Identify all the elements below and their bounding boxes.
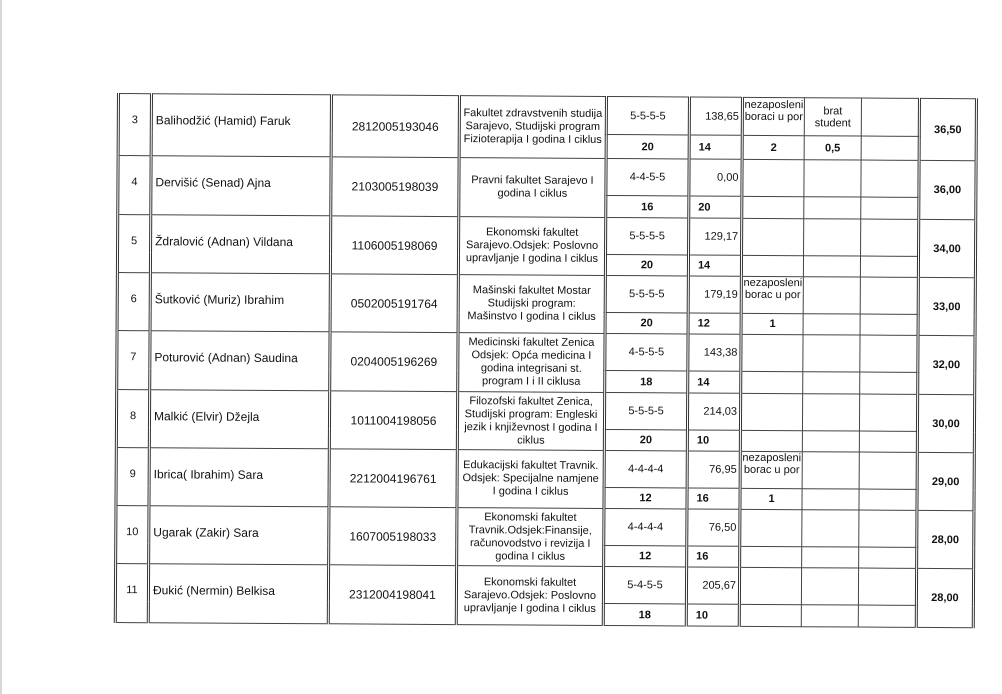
table-row: 6 Šutković (Muriz) Ibrahim 0502005191764…: [117, 273, 975, 315]
row-number: 4: [118, 156, 151, 215]
grades: 4-4-4-4: [604, 450, 687, 488]
extra-criterion-2-points: [803, 372, 860, 394]
student-jmbg: 0204005196269: [330, 332, 458, 392]
extra-criterion-2: brat student: [804, 98, 861, 136]
student-jmbg: 2103005198039: [331, 157, 459, 217]
row-number: 3: [118, 94, 151, 156]
page-edge: [0, 0, 2, 694]
grade-points: 16: [606, 195, 689, 218]
student-name: Poturović (Adnan) Saudina: [150, 331, 330, 391]
table-row: 7 Poturović (Adnan) Saudina 020400519626…: [117, 331, 975, 373]
average-points: 14: [688, 255, 741, 276]
average-value: 205,67: [686, 567, 739, 604]
faculty-program: Ekonomski fakultet Travnik.Odsjek:Finans…: [457, 508, 604, 567]
extra-criterion-3-points: [859, 431, 917, 452]
row-number: 11: [115, 564, 148, 623]
extra-criterion-3: [858, 568, 916, 605]
extra-criterion-1: [742, 159, 804, 196]
student-jmbg: 1106005198069: [330, 216, 458, 275]
student-name: Ibrica( Ibrahim) Sara: [149, 448, 329, 507]
extra-criterion-1-points: 1: [741, 313, 803, 334]
average-points: 20: [689, 196, 742, 218]
faculty-program: Filozofski fakultet Zenica, Studijski pr…: [457, 392, 604, 451]
grades: 5-5-5-5: [606, 217, 689, 255]
grade-points: 18: [605, 370, 688, 393]
extra-criterion-3-points: [860, 372, 918, 394]
grades: 4-5-5-5: [605, 333, 688, 371]
extra-criterion-1: [740, 393, 802, 430]
extra-criterion-1-points: [742, 196, 804, 218]
extra-criterion-3-points: [859, 547, 917, 568]
grade-points: 20: [606, 134, 689, 159]
extra-criterion-2-points: [804, 197, 861, 219]
extra-criterion-1: [739, 567, 801, 604]
row-number: 7: [117, 331, 150, 390]
extra-criterion-2: [804, 219, 861, 256]
extra-criterion-2-points: [801, 605, 858, 627]
extra-criterion-3: [859, 394, 917, 431]
extra-criterion-1-points: [740, 430, 802, 451]
extra-criterion-3-points: [859, 489, 917, 510]
extra-criterion-1-points: [740, 546, 802, 567]
student-jmbg: 2812005193046: [331, 95, 459, 158]
extra-criterion-3: [860, 335, 918, 372]
extra-criterion-2: [802, 510, 859, 547]
extra-criterion-1: nezaposleni boraci u por: [742, 97, 804, 135]
extra-criterion-3: [859, 510, 917, 547]
extra-criterion-1: [740, 509, 802, 546]
student-jmbg: 1607005198033: [329, 507, 457, 566]
student-jmbg: 1011004198056: [329, 391, 457, 450]
faculty-program: Medicinski fakultet Zenica Odsjek: Opća …: [458, 333, 605, 393]
extra-criterion-3-points: [861, 197, 919, 219]
average-value: 76,95: [687, 451, 740, 488]
extra-criterion-1-points: [741, 255, 803, 276]
extra-criterion-2: [803, 277, 860, 314]
average-points: 14: [688, 371, 741, 393]
average-points: 10: [686, 604, 739, 626]
ranking-table: 3 Balihodžić (Hamid) Faruk 2812005193046…: [114, 93, 978, 628]
average-value: 76,50: [687, 509, 740, 546]
average-points: 12: [688, 313, 741, 334]
grades: 5-5-5-5: [605, 275, 688, 313]
extra-criterion-3: [860, 277, 918, 314]
table-row: 8 Malkić (Elvir) Džejla 1011004198056 Fi…: [116, 390, 974, 432]
extra-criterion-3: [861, 160, 919, 197]
extra-criterion-2-points: [802, 431, 859, 452]
extra-criterion-2: [801, 568, 858, 605]
student-name: Ždralović (Adnan) Vildana: [150, 215, 330, 274]
average-value: 143,38: [688, 334, 741, 371]
student-name: Balihodžić (Hamid) Faruk: [151, 94, 331, 157]
grades: 5-4-5-5: [603, 566, 686, 604]
faculty-program: Fakultet zdravstvenih studija Sarajevo, …: [459, 96, 606, 159]
grade-points: 12: [604, 487, 687, 509]
row-number: 8: [116, 390, 149, 448]
extra-criterion-3-points: [861, 136, 919, 160]
extra-criterion-1: [742, 218, 804, 255]
extra-criterion-3: [859, 452, 917, 489]
student-name: Ugarak (Zakir) Sara: [149, 506, 329, 565]
student-name: Šutković (Muriz) Ibrahim: [150, 273, 330, 332]
total-points: 33,00: [918, 277, 975, 335]
extra-criterion-2-points: [803, 256, 860, 277]
student-jmbg: 0502005191764: [330, 274, 458, 333]
extra-criterion-1-points: [739, 604, 801, 626]
average-value: 0,00: [689, 159, 742, 196]
grades: 4-4-4-4: [604, 508, 687, 546]
total-points: 29,00: [917, 452, 974, 510]
ranking-table-sheet: 3 Balihodžić (Hamid) Faruk 2812005193046…: [114, 93, 975, 608]
faculty-program: Ekonomski fakultet Sarajevo.Odsjek: Posl…: [458, 217, 605, 276]
average-value: 138,65: [689, 97, 742, 135]
total-points: 36,00: [919, 160, 976, 219]
extra-criterion-1-points: [741, 371, 803, 393]
table-row: 5 Ždralović (Adnan) Vildana 110600519806…: [118, 215, 976, 257]
grade-points: 20: [605, 254, 688, 276]
extra-criterion-3-points: [860, 256, 918, 277]
extra-criterion-3-points: [858, 605, 916, 627]
extra-criterion-3-points: [860, 314, 918, 335]
extra-criterion-2-points: [803, 314, 860, 335]
total-points: 30,00: [917, 394, 974, 452]
faculty-program: Mašinski fakultet Mostar Studijski progr…: [458, 275, 605, 334]
extra-criterion-2: [802, 394, 859, 431]
student-name: Malkić (Elvir) Džejla: [149, 390, 329, 449]
grades: 5-5-5-5: [604, 392, 687, 430]
grade-points: 20: [605, 312, 688, 334]
average-points: 14: [689, 135, 742, 159]
average-value: 129,17: [689, 218, 742, 255]
extra-criterion-1: nezaposleni borac u por: [741, 276, 803, 313]
table-row: 3 Balihodžić (Hamid) Faruk 2812005193046…: [118, 94, 976, 137]
average-value: 214,03: [687, 393, 740, 430]
extra-criterion-2-points: [802, 489, 859, 510]
total-points: 28,00: [916, 568, 973, 627]
total-points: 34,00: [918, 219, 975, 277]
row-number: 6: [117, 273, 150, 331]
extra-criterion-1-points: 2: [742, 135, 804, 159]
table-row: 9 Ibrica( Ibrahim) Sara 2212004196761 Ed…: [116, 448, 974, 490]
extra-criterion-3: [861, 98, 919, 136]
faculty-program: Ekonomski fakultet Sarajevo.Odsjek: Posl…: [456, 566, 603, 626]
grade-points: 18: [603, 603, 686, 626]
extra-criterion-1-points: 1: [740, 488, 802, 509]
total-points: 28,00: [917, 510, 974, 568]
total-points: 32,00: [918, 335, 975, 394]
table-row: 10 Ugarak (Zakir) Sara 1607005198033 Eko…: [116, 506, 974, 548]
average-value: 179,19: [688, 276, 741, 313]
average-points: 16: [687, 546, 740, 567]
table-row: 4 Dervišić (Senad) Ajna 2103005198039 Pr…: [118, 156, 976, 198]
extra-criterion-2: [803, 335, 860, 372]
total-points: 36,50: [919, 98, 976, 160]
row-number: 9: [116, 448, 149, 506]
extra-criterion-1: [741, 334, 803, 371]
student-jmbg: 2312004198041: [328, 565, 456, 625]
faculty-program: Edukacijski fakultet Travnik. Odsjek: Sp…: [457, 450, 604, 509]
extra-criterion-1: nezaposleni borac u por: [740, 451, 802, 488]
grade-points: 20: [604, 429, 687, 451]
average-points: 10: [687, 430, 740, 451]
faculty-program: Pravni fakultet Sarajevo I godina I cikl…: [459, 158, 606, 218]
student-name: Đukić (Nermin) Belkisa: [148, 564, 328, 624]
table-row: 11 Đukić (Nermin) Belkisa 2312004198041 …: [115, 564, 973, 606]
extra-criterion-2: [804, 160, 861, 197]
student-jmbg: 2212004196761: [329, 449, 457, 508]
extra-criterion-3: [861, 219, 919, 256]
student-name: Dervišić (Senad) Ajna: [151, 156, 331, 216]
extra-criterion-2-points: 0,5: [804, 136, 861, 160]
row-number: 5: [117, 215, 150, 273]
grades: 5-5-5-5: [606, 96, 689, 135]
row-number: 10: [116, 506, 149, 564]
grade-points: 12: [604, 545, 687, 567]
average-points: 16: [687, 488, 740, 509]
extra-criterion-2-points: [802, 547, 859, 568]
grades: 4-4-5-5: [606, 158, 689, 196]
extra-criterion-2: [802, 452, 859, 489]
